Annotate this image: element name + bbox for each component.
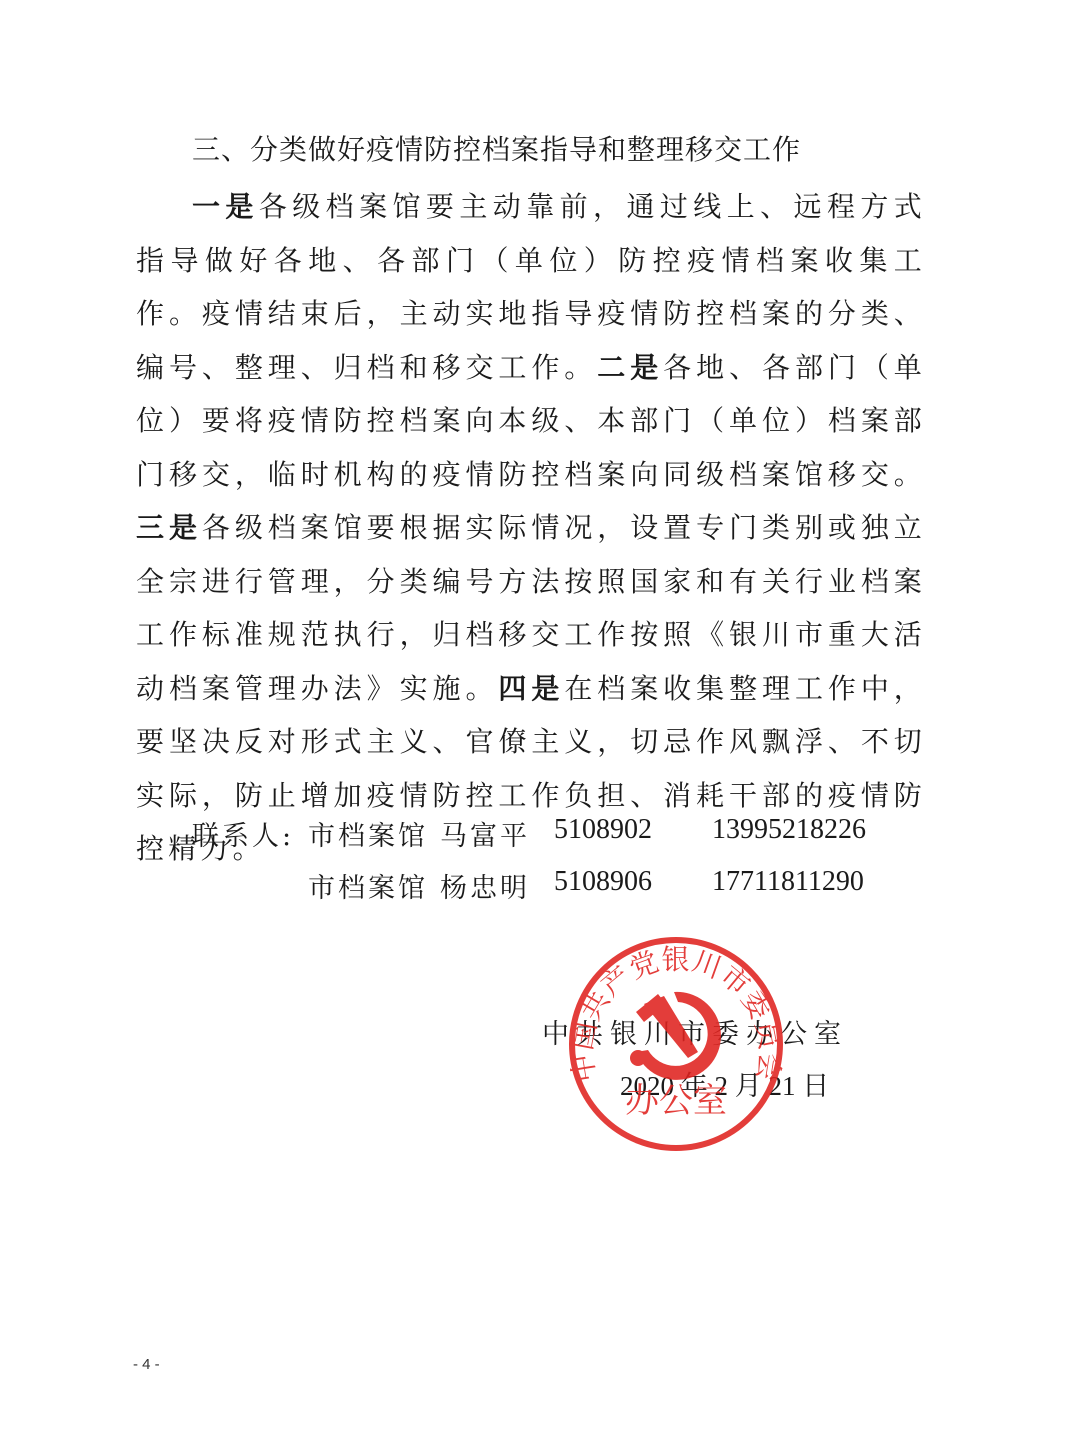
point-2-label: 二是	[597, 351, 663, 384]
body-paragraph: 一是各级档案馆要主动靠前，通过线上、远程方式指导做好各地、各部门（单位）防控疫情…	[136, 180, 926, 876]
contact-mobile: 17711811290	[712, 866, 864, 898]
point-1-label: 一是	[192, 190, 259, 223]
contact-tel: 5108902	[554, 814, 652, 846]
contact-org: 市档案馆	[308, 814, 428, 853]
contact-tel: 5108906	[554, 866, 652, 898]
point-4-label: 四是	[498, 672, 564, 705]
contact-name: 马富平	[440, 814, 530, 853]
contact-mobile: 13995218226	[712, 814, 866, 846]
section-heading: 三、分类做好疫情防控档案指导和整理移交工作	[192, 128, 801, 168]
contacts-label: 联系人:	[192, 814, 294, 853]
hammer-sickle-icon	[630, 992, 721, 1080]
svg-text:中国共产党银川市委员会: 中国共产党银川市委员会	[566, 943, 786, 1085]
page-number: - 4 -	[133, 1356, 160, 1373]
svg-text:办公室: 办公室	[625, 1081, 727, 1121]
contact-org: 市档案馆	[308, 866, 428, 905]
contact-name: 杨忠明	[440, 866, 530, 905]
point-3-label: 三是	[136, 511, 202, 544]
official-seal-icon: 中国共产党银川市委员会 办公室	[566, 934, 786, 1154]
